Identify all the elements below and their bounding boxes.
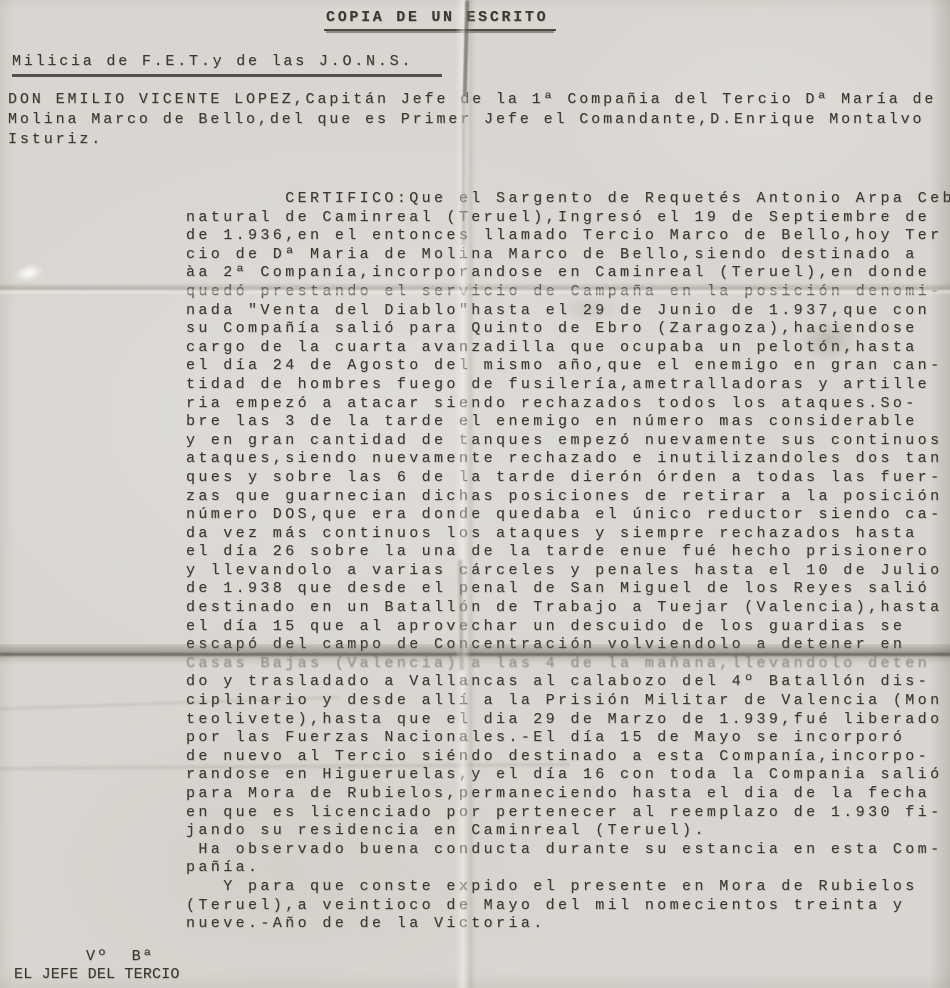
body-line: cargo de la cuarta avanzadilla que ocupa… — [186, 339, 950, 358]
body-line: de nuevo al Tercio siéndo destinado a es… — [186, 748, 950, 767]
body-line: àa 2ª Companía,incorporandose en Caminre… — [186, 264, 950, 283]
body-line: escapó del campo de Concentración volvie… — [186, 636, 950, 655]
body-line: para Mora de Rubielos,permaneciendo hast… — [186, 785, 950, 804]
body-line: en que es licenciado por pertenecer al r… — [186, 804, 950, 823]
body-line: natural de Caminreal (Teruel),Ingresó el… — [186, 209, 950, 228]
body-line: quedó prestando el servicio de Campaña e… — [186, 283, 950, 302]
body-line: nada "Venta del Diablo"hasta el 29 de Ju… — [186, 302, 950, 321]
body-line: jando su residencia en Caminreal (Teruel… — [186, 822, 950, 841]
body-line: ria empezó a atacar siendo rechazados to… — [186, 395, 950, 414]
body-line: ciplinario y desde allí a la Prisión Mil… — [186, 692, 950, 711]
body-line: randose en Higueruelas,y el día 16 con t… — [186, 766, 950, 785]
body-line: do y trasladado a Vallancas al calabozo … — [186, 673, 950, 692]
paper-tear-highlight — [12, 261, 45, 286]
body-line: da vez más continuos los ataques y siemp… — [186, 525, 950, 544]
body-line: pañía. — [186, 859, 950, 878]
preamble-line: Isturiz. — [8, 130, 936, 150]
signer-title: EL JEFE DEL TERCIO — [14, 966, 180, 983]
body-line: de 1.938 que desde el penal de San Migue… — [186, 580, 950, 599]
body-line: el día 26 sobre la una de la tarde enue … — [186, 543, 950, 562]
approval-mark: Vº Bª — [86, 948, 154, 965]
preamble-line: Molina Marco de Bello,del que es Primer … — [8, 110, 936, 130]
body-line: ques y sobre las 6 de la tarde dierón ór… — [186, 469, 950, 488]
document-title: COPIA DE UN ESCRITO — [324, 9, 556, 31]
body-line: tidad de hombres fuego de fusilería,amet… — [186, 376, 950, 395]
certificate-body: CERTIFICO:Que el Sargento de Requetés An… — [186, 190, 950, 934]
preamble-line: DON EMILIO VICENTE LOPEZ,Capitán Jefe de… — [8, 90, 936, 110]
body-line: zas que guarnecian dichas posiciones de … — [186, 488, 950, 507]
scanned-document-page: COPIA DE UN ESCRITO Milicia de F.E.T.y d… — [0, 0, 950, 988]
body-line: y en gran cantidad de tanques empezó nue… — [186, 432, 950, 451]
body-line: nueve.-Año de de la Victoria. — [186, 915, 950, 934]
body-line: ataques,siendo nuevamente rechazado e in… — [186, 450, 950, 469]
body-line: CERTIFICO:Que el Sargento de Requetés An… — [186, 190, 950, 209]
body-line: (Teruel),a veintioco de Mayo del mil nom… — [186, 897, 950, 916]
body-line: por las Fuerzas Nacionales.-El día 15 de… — [186, 729, 950, 748]
body-line: bre las 3 de la tarde el enemigo en núme… — [186, 413, 950, 432]
body-line: Ha observado buena conducta durante su e… — [186, 841, 950, 860]
body-line: de 1.936,en el entonces llamado Tercio M… — [186, 227, 950, 246]
preamble-paragraph: DON EMILIO VICENTE LOPEZ,Capitán Jefe de… — [8, 90, 936, 150]
body-line: Y para que conste expido el presente en … — [186, 878, 950, 897]
body-line: su Compañía salió para Quinto de Ebro (Z… — [186, 320, 950, 339]
body-line: teolivete),hasta que el dia 29 de Marzo … — [186, 711, 950, 730]
body-line: número DOS,que era donde quedaba el únic… — [186, 506, 950, 525]
body-line: destinado en un Batallón de Trabajo a Tu… — [186, 599, 950, 618]
body-line: el día 24 de Agosto del mismo año,que el… — [186, 357, 950, 376]
organization-heading: Milicia de F.E.T.y de las J.O.N.S. — [12, 53, 442, 77]
body-line: el día 15 que al aprovechar un descuido … — [186, 618, 950, 637]
body-line: cio de Dª Maria de Molina Marco de Bello… — [186, 246, 950, 265]
body-line: y llevandolo a varias cárceles y penales… — [186, 562, 950, 581]
body-line: Casas Bajas (Valencia) a las 4 de la mañ… — [186, 655, 950, 674]
